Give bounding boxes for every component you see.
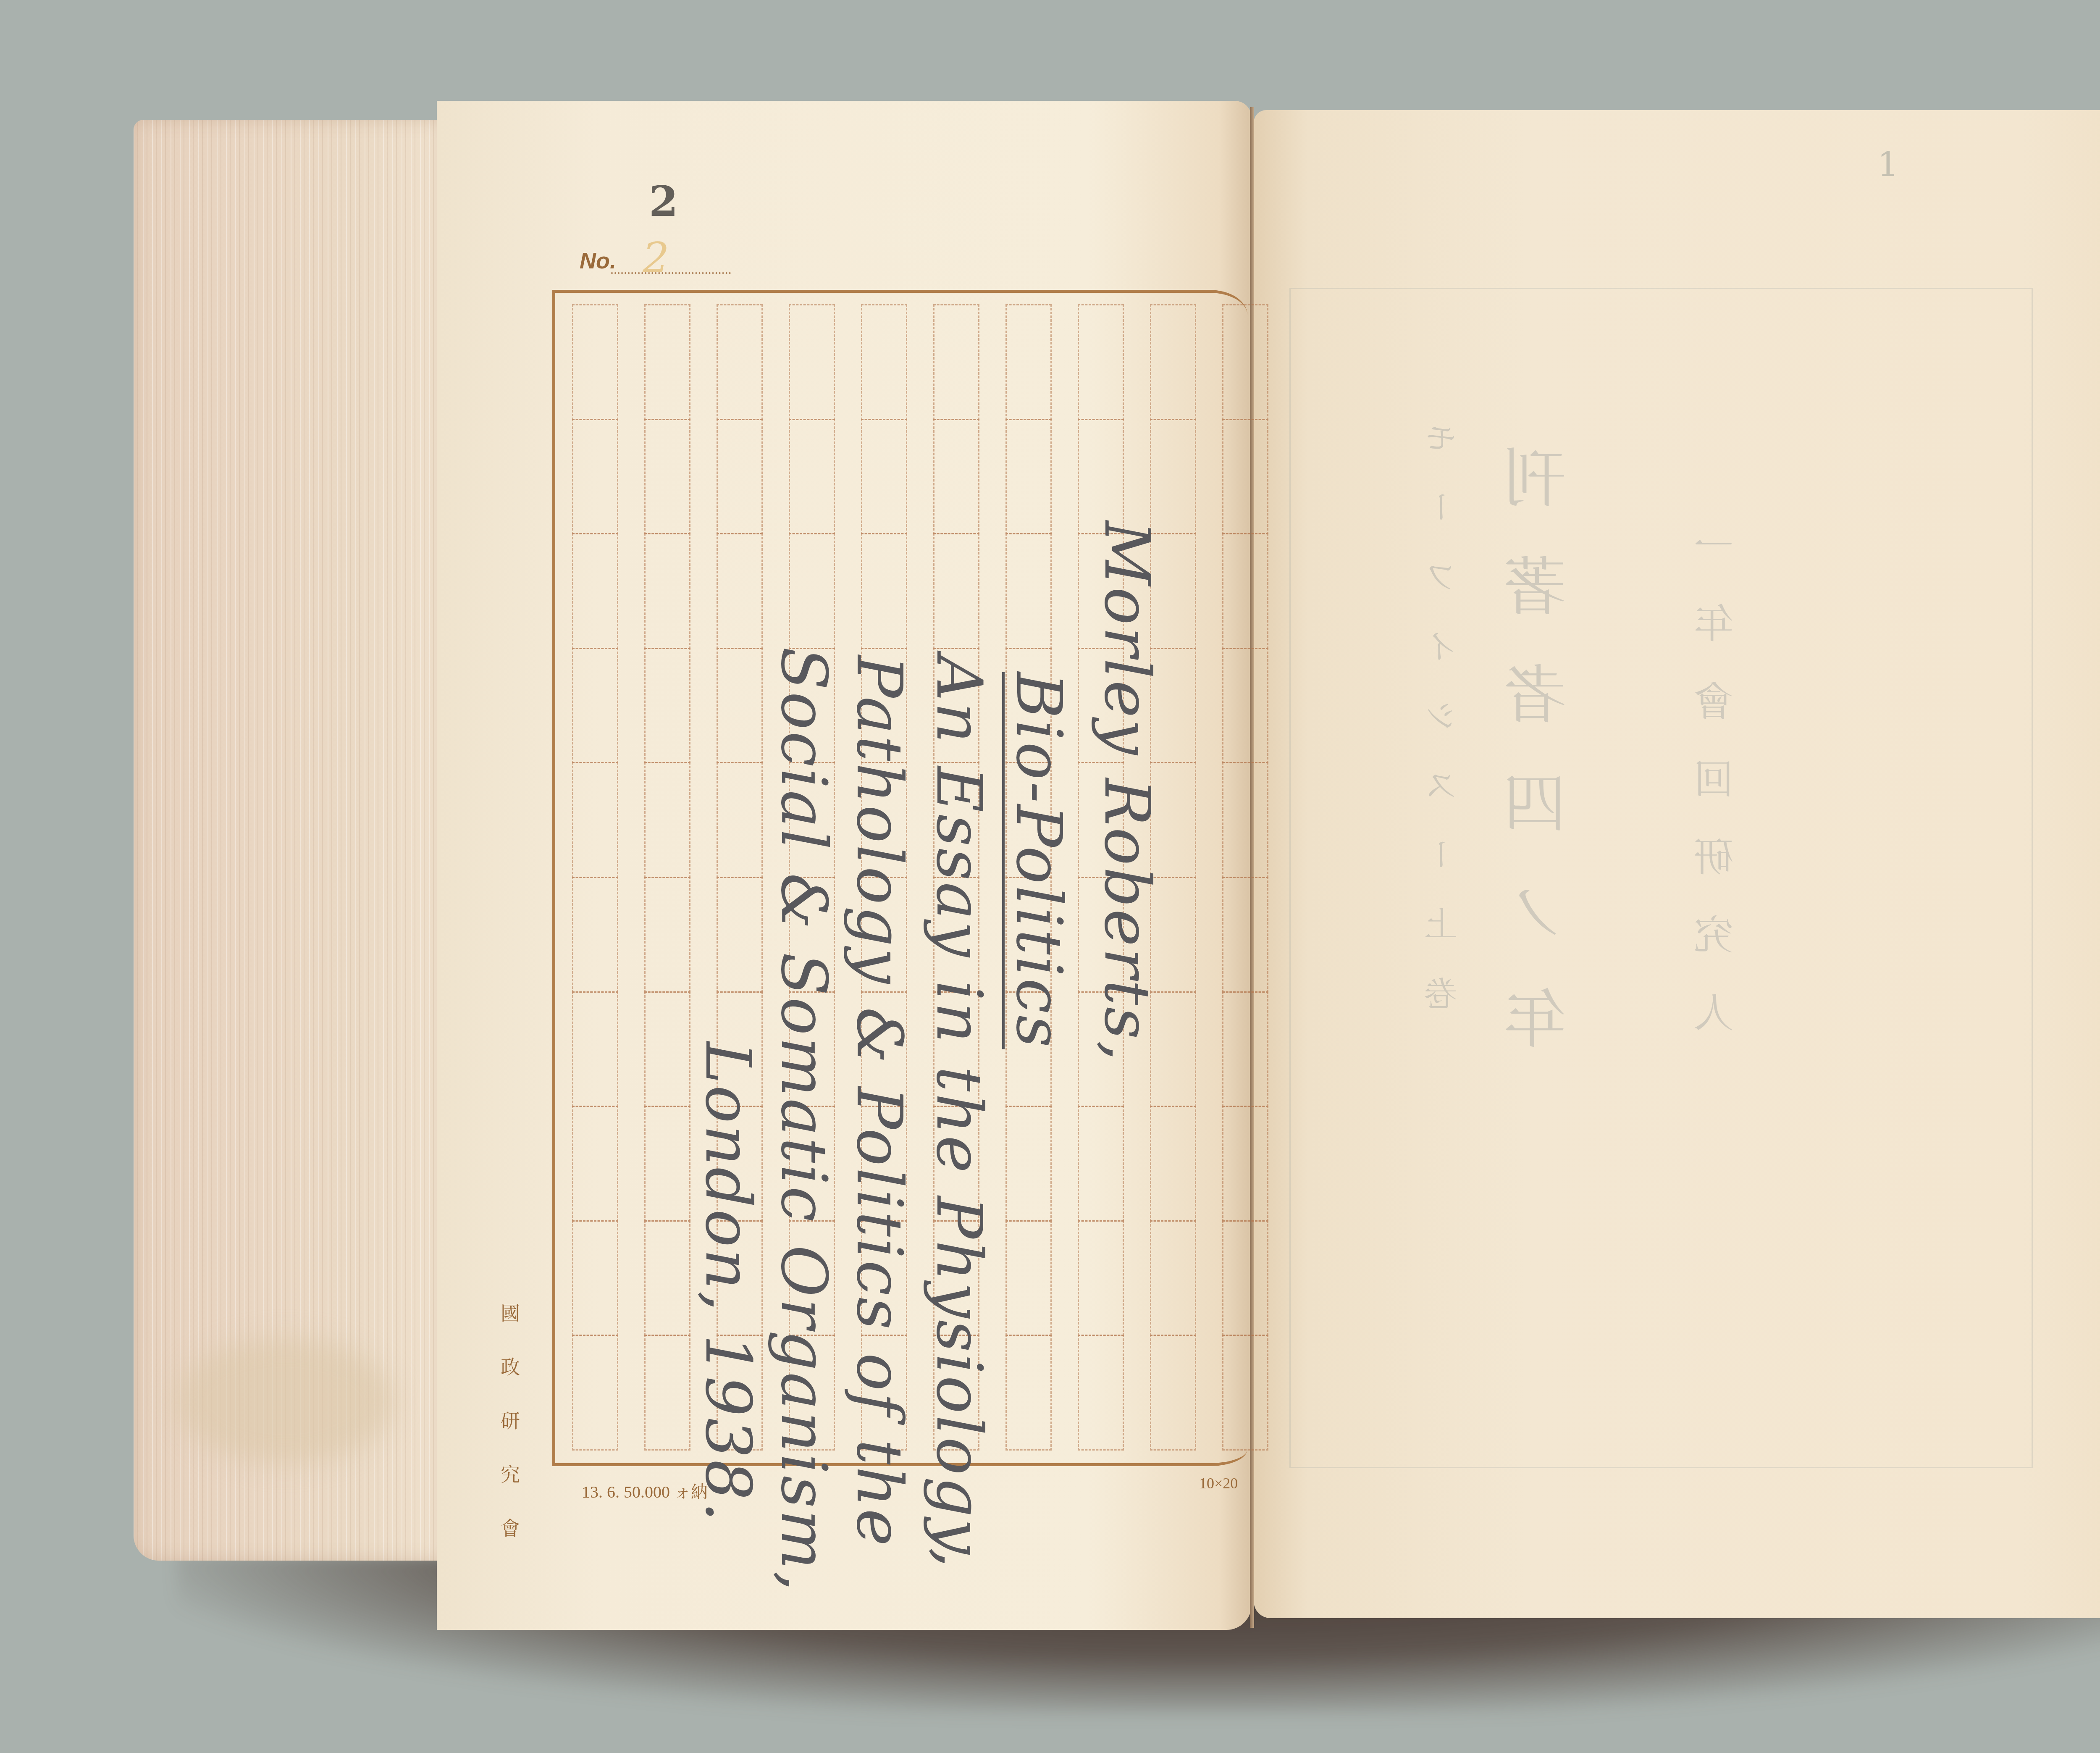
grid-column — [572, 305, 618, 1451]
handwritten-subtitle-2: Pathology & Politics of the — [843, 655, 916, 1548]
grid-cell — [572, 533, 618, 649]
page-number-stamp: 2 — [649, 176, 678, 226]
grid-cell — [1078, 1220, 1124, 1336]
grid-cell — [933, 419, 979, 535]
number-handwritten: 2 — [643, 233, 669, 282]
number-line — [611, 272, 731, 274]
grid-cell — [789, 304, 835, 420]
grid-cell — [572, 762, 618, 878]
grid-cell — [717, 419, 763, 535]
grid-cell — [717, 877, 763, 993]
grid-cell — [1005, 419, 1052, 535]
grid-cell — [1222, 533, 1268, 649]
grid-cell — [644, 762, 690, 878]
grid-cell — [717, 304, 763, 420]
grid-cell — [717, 762, 763, 878]
grid-cell — [1150, 1335, 1196, 1451]
publisher-char: 政 — [501, 1352, 520, 1380]
ghost-text-column: モ ー フ イ シ ス ー 上 卷 — [1420, 420, 1468, 1022]
grid-cell — [1222, 877, 1268, 993]
grid-cell — [572, 304, 618, 420]
grid-cell — [1150, 419, 1196, 535]
grid-cell — [1222, 762, 1268, 878]
grid-cell — [1005, 304, 1052, 420]
ghost-text-column: 刊 著 者 四 ノ 年 — [1495, 445, 1586, 1062]
grid-cell — [644, 1106, 690, 1222]
grid-cell — [644, 1335, 690, 1451]
grid-cell — [717, 648, 763, 764]
right-page-grid-ghost — [1289, 288, 2033, 1468]
handwritten-imprint: London, 1938. — [691, 1042, 764, 1523]
grid-cell — [1222, 1106, 1268, 1222]
publisher-char: 研 — [501, 1406, 520, 1433]
grid-cell — [1222, 1220, 1268, 1336]
handwritten-author: Morley Roberts, — [1090, 521, 1163, 1062]
publisher-char: 會 — [501, 1513, 520, 1541]
grid-cell — [644, 533, 690, 649]
grid-cell — [1005, 1106, 1052, 1222]
grid-cell — [1222, 1335, 1268, 1451]
grid-cell — [789, 419, 835, 535]
page-edge-stack — [134, 120, 444, 1561]
grid-cell — [1150, 1220, 1196, 1336]
grid-cell — [1078, 304, 1124, 420]
grid-cell — [644, 877, 690, 993]
grid-cell — [1222, 419, 1268, 535]
grid-cell — [644, 304, 690, 420]
handwritten-subtitle-3: Social & Somatic Organism, — [767, 647, 840, 1593]
grid-cell — [1005, 1220, 1052, 1336]
publisher-mark: 國 政 研 究 會 — [498, 1298, 523, 1541]
grid-cell — [1222, 304, 1268, 420]
grid-cell — [572, 419, 618, 535]
grid-column — [1222, 305, 1268, 1451]
grid-cell — [644, 648, 690, 764]
grid-cell — [861, 533, 907, 649]
grid-cell — [1222, 648, 1268, 764]
grid-cell — [572, 877, 618, 993]
grid-cell — [644, 991, 690, 1107]
publisher-char: 國 — [501, 1298, 520, 1326]
grid-cell — [861, 419, 907, 535]
grid-cell — [572, 1106, 618, 1222]
number-label: No. — [580, 248, 616, 274]
handwritten-subtitle-1: An Essay in the Physiology, — [922, 655, 995, 1569]
print-info: 13. 6. 50.000 ォ納 — [582, 1479, 708, 1503]
grid-cell — [1078, 419, 1124, 535]
ghost-text-column: 一 年 會 回 研 究 人 — [1688, 525, 1746, 1044]
grid-cell — [861, 304, 907, 420]
grid-cell — [1150, 1106, 1196, 1222]
paper-stain — [176, 1338, 394, 1464]
grid-cell — [717, 533, 763, 649]
grid-cell — [933, 304, 979, 420]
grid-cell — [1078, 1335, 1124, 1451]
grid-cell — [572, 1220, 618, 1336]
grid-cell — [572, 1335, 618, 1451]
grid-cell — [1222, 991, 1268, 1107]
grid-cell — [1150, 304, 1196, 420]
grid-cell — [1005, 533, 1052, 649]
grid-cell — [644, 1220, 690, 1336]
grid-cell — [789, 533, 835, 649]
right-page-number: 1 — [1877, 145, 1899, 184]
grid-column — [644, 305, 690, 1451]
grid-cell — [1078, 1106, 1124, 1222]
grid-cell — [1005, 1335, 1052, 1451]
grid-cell — [572, 991, 618, 1107]
publisher-char: 究 — [501, 1459, 520, 1487]
handwritten-title: Bio-Politics — [1002, 672, 1075, 1049]
grid-format-label: 10×20 — [1199, 1474, 1238, 1492]
grid-cell — [933, 533, 979, 649]
grid-cell — [572, 648, 618, 764]
grid-cell — [644, 419, 690, 535]
